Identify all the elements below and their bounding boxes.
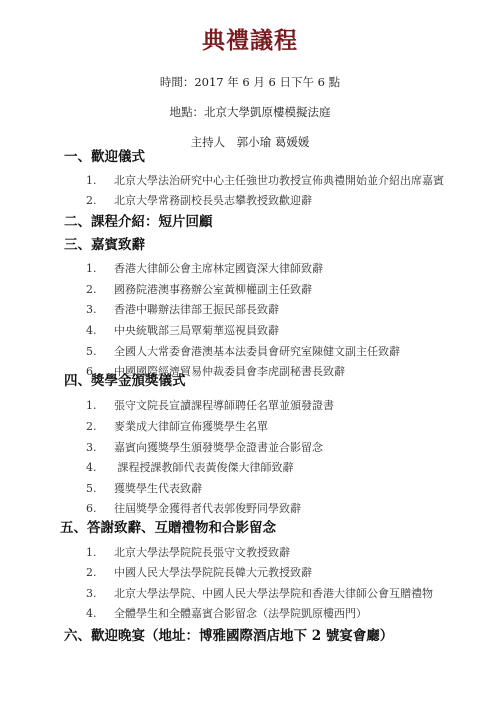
item-text: 麥業成大律師宣佈獲獎學生名單	[114, 420, 268, 433]
item-text: 全國人大常委會港澳基本法委員會研究室陳健文副主任致辭	[114, 345, 400, 358]
item-text: 往屆獎學金獲得者代表郭俊野同學致辭	[114, 502, 301, 515]
list-item: 2.中國人民大學法學院院長韓大元教授致辭	[86, 565, 312, 580]
item-text: 中國人民大學法學院院長韓大元教授致辭	[114, 566, 312, 579]
item-number: 4.	[86, 606, 114, 621]
section-heading: 二、課程介紹：短片回顧	[64, 213, 213, 231]
section-heading: 一、歡迎儀式	[64, 148, 145, 166]
item-number: 2.	[86, 282, 114, 297]
item-number: 5.	[86, 344, 114, 359]
section-heading: 四、獎學金頒獎儀式	[64, 372, 186, 390]
section-heading: 五、答謝致辭、互贈禮物和合影留念	[60, 519, 276, 537]
item-text: 課程授課教師代表黃俊傑大律師致辭	[114, 461, 294, 474]
list-item: 2.麥業成大律師宣佈獲獎學生名單	[86, 419, 268, 434]
item-text: 北京大學法學院、中國人民大學法學院和香港大律師公會互贈禮物	[114, 587, 433, 600]
section-heading: 六、歡迎晚宴（地址：博雅國際酒店地下 2 號宴會廳）	[64, 627, 393, 645]
list-item: 1.北京大學法學院院長張守文教授致辭	[86, 545, 290, 560]
item-number: 1.	[86, 261, 114, 276]
item-text: 香港大律師公會主席林定國資深大律師致辭	[114, 262, 323, 275]
item-number: 5.	[86, 481, 114, 496]
list-item: 4. 課程授課教師代表黃俊傑大律師致辭	[86, 460, 294, 475]
list-item: 3.北京大學法學院、中國人民大學法學院和香港大律師公會互贈禮物	[86, 586, 433, 601]
item-number: 4.	[86, 460, 114, 475]
item-text: 國務院港澳事務辦公室黃柳權副主任致辭	[114, 283, 312, 296]
item-text: 北京大學法治研究中心主任強世功教授宣佈典禮開始並介紹出席嘉賓	[114, 174, 444, 187]
item-text: 嘉賓向獲獎學生頒發獎學金證書並合影留念	[114, 441, 323, 454]
item-number: 2.	[86, 193, 114, 208]
page-title: 典禮議程	[0, 26, 500, 56]
item-text: 北京大學常務副校長吳志攀教授致歡迎辭	[114, 194, 312, 207]
item-number: 1.	[86, 398, 114, 413]
item-number: 2.	[86, 565, 114, 580]
list-item: 2.國務院港澳事務辦公室黃柳權副主任致辭	[86, 282, 312, 297]
item-number: 3.	[86, 440, 114, 455]
event-time: 時間：2017 年 6 月 6 日下午 6 點	[0, 74, 500, 90]
item-text: 中央統戰部三局覃菊華巡視員致辭	[114, 324, 279, 337]
list-item: 4.中央統戰部三局覃菊華巡視員致辭	[86, 323, 279, 338]
list-item: 4.全體學生和全體嘉賓合影留念（法學院凱原樓西門）	[86, 606, 367, 621]
item-text: 北京大學法學院院長張守文教授致辭	[114, 546, 290, 559]
list-item: 3.香港中聯辦法律部王振民部長致辭	[86, 302, 279, 317]
item-number: 3.	[86, 302, 114, 317]
item-text: 獲獎學生代表致辭	[114, 482, 202, 495]
item-number: 1.	[86, 545, 114, 560]
list-item: 1.張守文院長宣讀課程導師聘任名單並頒發證書	[86, 398, 334, 413]
item-number: 6.	[86, 501, 114, 516]
list-item: 3.嘉賓向獲獎學生頒發獎學金證書並合影留念	[86, 440, 323, 455]
section-heading: 三、嘉賓致辭	[64, 236, 145, 254]
item-number: 4.	[86, 323, 114, 338]
list-item: 5.全國人大常委會港澳基本法委員會研究室陳健文副主任致辭	[86, 344, 400, 359]
item-number: 3.	[86, 586, 114, 601]
item-text: 張守文院長宣讀課程導師聘任名單並頒發證書	[114, 399, 334, 412]
list-item: 1.香港大律師公會主席林定國資深大律師致辭	[86, 261, 323, 276]
event-place: 地點：北京大學凱原樓模擬法庭	[0, 104, 500, 120]
list-item: 1.北京大學法治研究中心主任強世功教授宣佈典禮開始並介紹出席嘉賓	[86, 173, 444, 188]
item-number: 1.	[86, 173, 114, 188]
item-number: 2.	[86, 419, 114, 434]
item-text: 全體學生和全體嘉賓合影留念（法學院凱原樓西門）	[114, 607, 367, 620]
list-item: 2.北京大學常務副校長吳志攀教授致歡迎辭	[86, 193, 312, 208]
list-item: 6.往屆獎學金獲得者代表郭俊野同學致辭	[86, 501, 301, 516]
item-text: 香港中聯辦法律部王振民部長致辭	[114, 303, 279, 316]
list-item: 5.獲獎學生代表致辭	[86, 481, 202, 496]
